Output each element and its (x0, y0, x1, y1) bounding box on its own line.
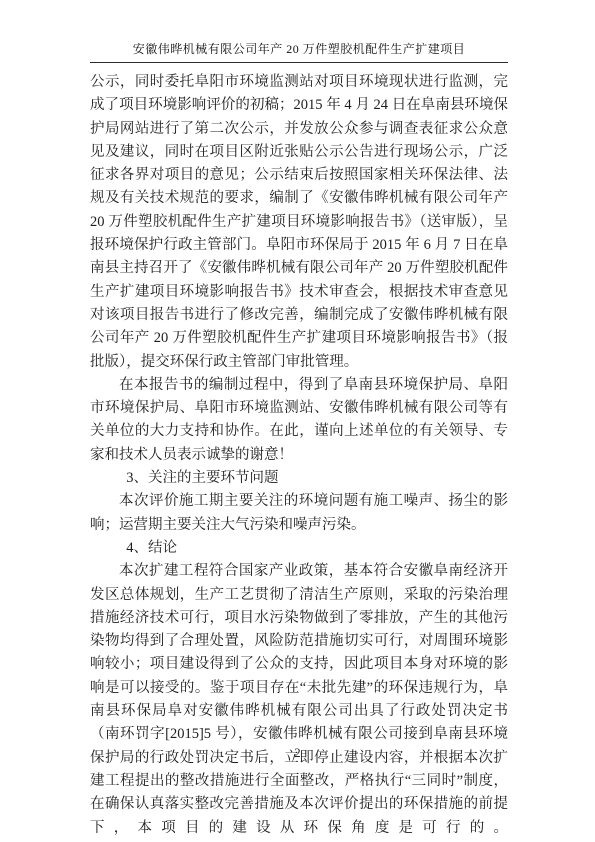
paragraph: 公示，同时委托阜阳市环境监测站对项目环境现状进行监测，完成了项目环境影响评价的初… (90, 71, 508, 374)
paragraph: 本次扩建工程符合国家产业政策，基本符合安徽阜南经济开发区总体规划，生产工艺贯彻了… (90, 560, 508, 840)
document-body: 公示，同时委托阜阳市环境监测站对项目环境现状进行监测，完成了项目环境影响评价的初… (90, 71, 508, 840)
page-header-title: 安徽伟晔机械有限公司年产 20 万件塑胶机配件生产扩建项目 (90, 40, 508, 62)
page-content: 安徽伟晔机械有限公司年产 20 万件塑胶机配件生产扩建项目 公示，同时委托阜阳市… (90, 40, 508, 840)
page-number: 2 (0, 746, 595, 761)
document-page: 安徽伟晔机械有限公司年产 20 万件塑胶机配件生产扩建项目 公示，同时委托阜阳市… (0, 0, 595, 842)
section-heading: 4、结论 (90, 537, 508, 560)
section-heading: 3、关注的主要环节问题 (90, 467, 508, 490)
paragraph: 在本报告书的编制过程中，得到了阜南县环境保护局、阜阳市环境保护局、阜阳市环境监测… (90, 374, 508, 467)
header-rule (90, 62, 508, 63)
paragraph: 本次评价施工期主要关注的环境问题有施工噪声、扬尘的影响；运营期主要关注大气污染和… (90, 490, 508, 537)
